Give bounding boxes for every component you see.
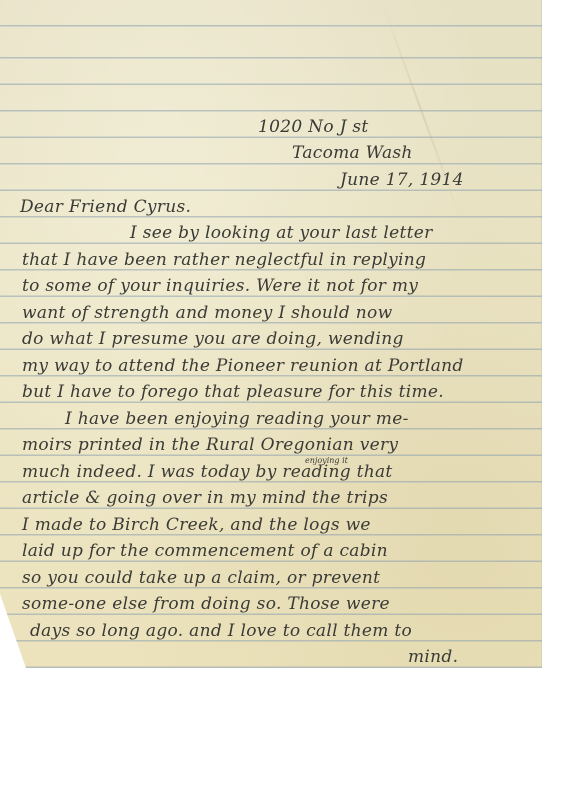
salutation: Dear Friend Cyrus. [20, 197, 191, 217]
body-line: want of strength and money I should now [22, 303, 392, 323]
body-line: mind. [408, 647, 458, 667]
body-line: moirs printed in the Rural Oregonian ver… [22, 435, 398, 455]
letter-date: June 17, 1914 [340, 170, 464, 190]
body-line: to some of your inquiries. Were it not f… [22, 276, 418, 296]
body-line: my way to attend the Pioneer reunion at … [22, 356, 464, 376]
body-line: but I have to forego that pleasure for t… [22, 382, 444, 402]
body-line: that I have been rather neglectful in re… [22, 250, 426, 270]
letter-page: 1020 No J st Tacoma Wash June 17, 1914 D… [0, 0, 542, 668]
body-line: some-one else from doing so. Those were [22, 594, 390, 614]
address-line-2: Tacoma Wash [292, 143, 413, 163]
body-line: I see by looking at your last letter [130, 223, 433, 243]
body-line: laid up for the commencement of a cabin [22, 541, 388, 561]
body-line: so you could take up a claim, or prevent [22, 568, 380, 588]
body-line: I have been enjoying reading your me- [65, 409, 409, 429]
body-line: much indeed. I was today by reading that [22, 462, 393, 482]
body-line: I made to Birch Creek, and the logs we [22, 515, 371, 535]
body-line: days so long ago. and I love to call the… [30, 621, 412, 641]
body-line: article & going over in my mind the trip… [22, 488, 388, 508]
address-line-1: 1020 No J st [258, 117, 369, 137]
body-line: do what I presume you are doing, wending [22, 329, 404, 349]
